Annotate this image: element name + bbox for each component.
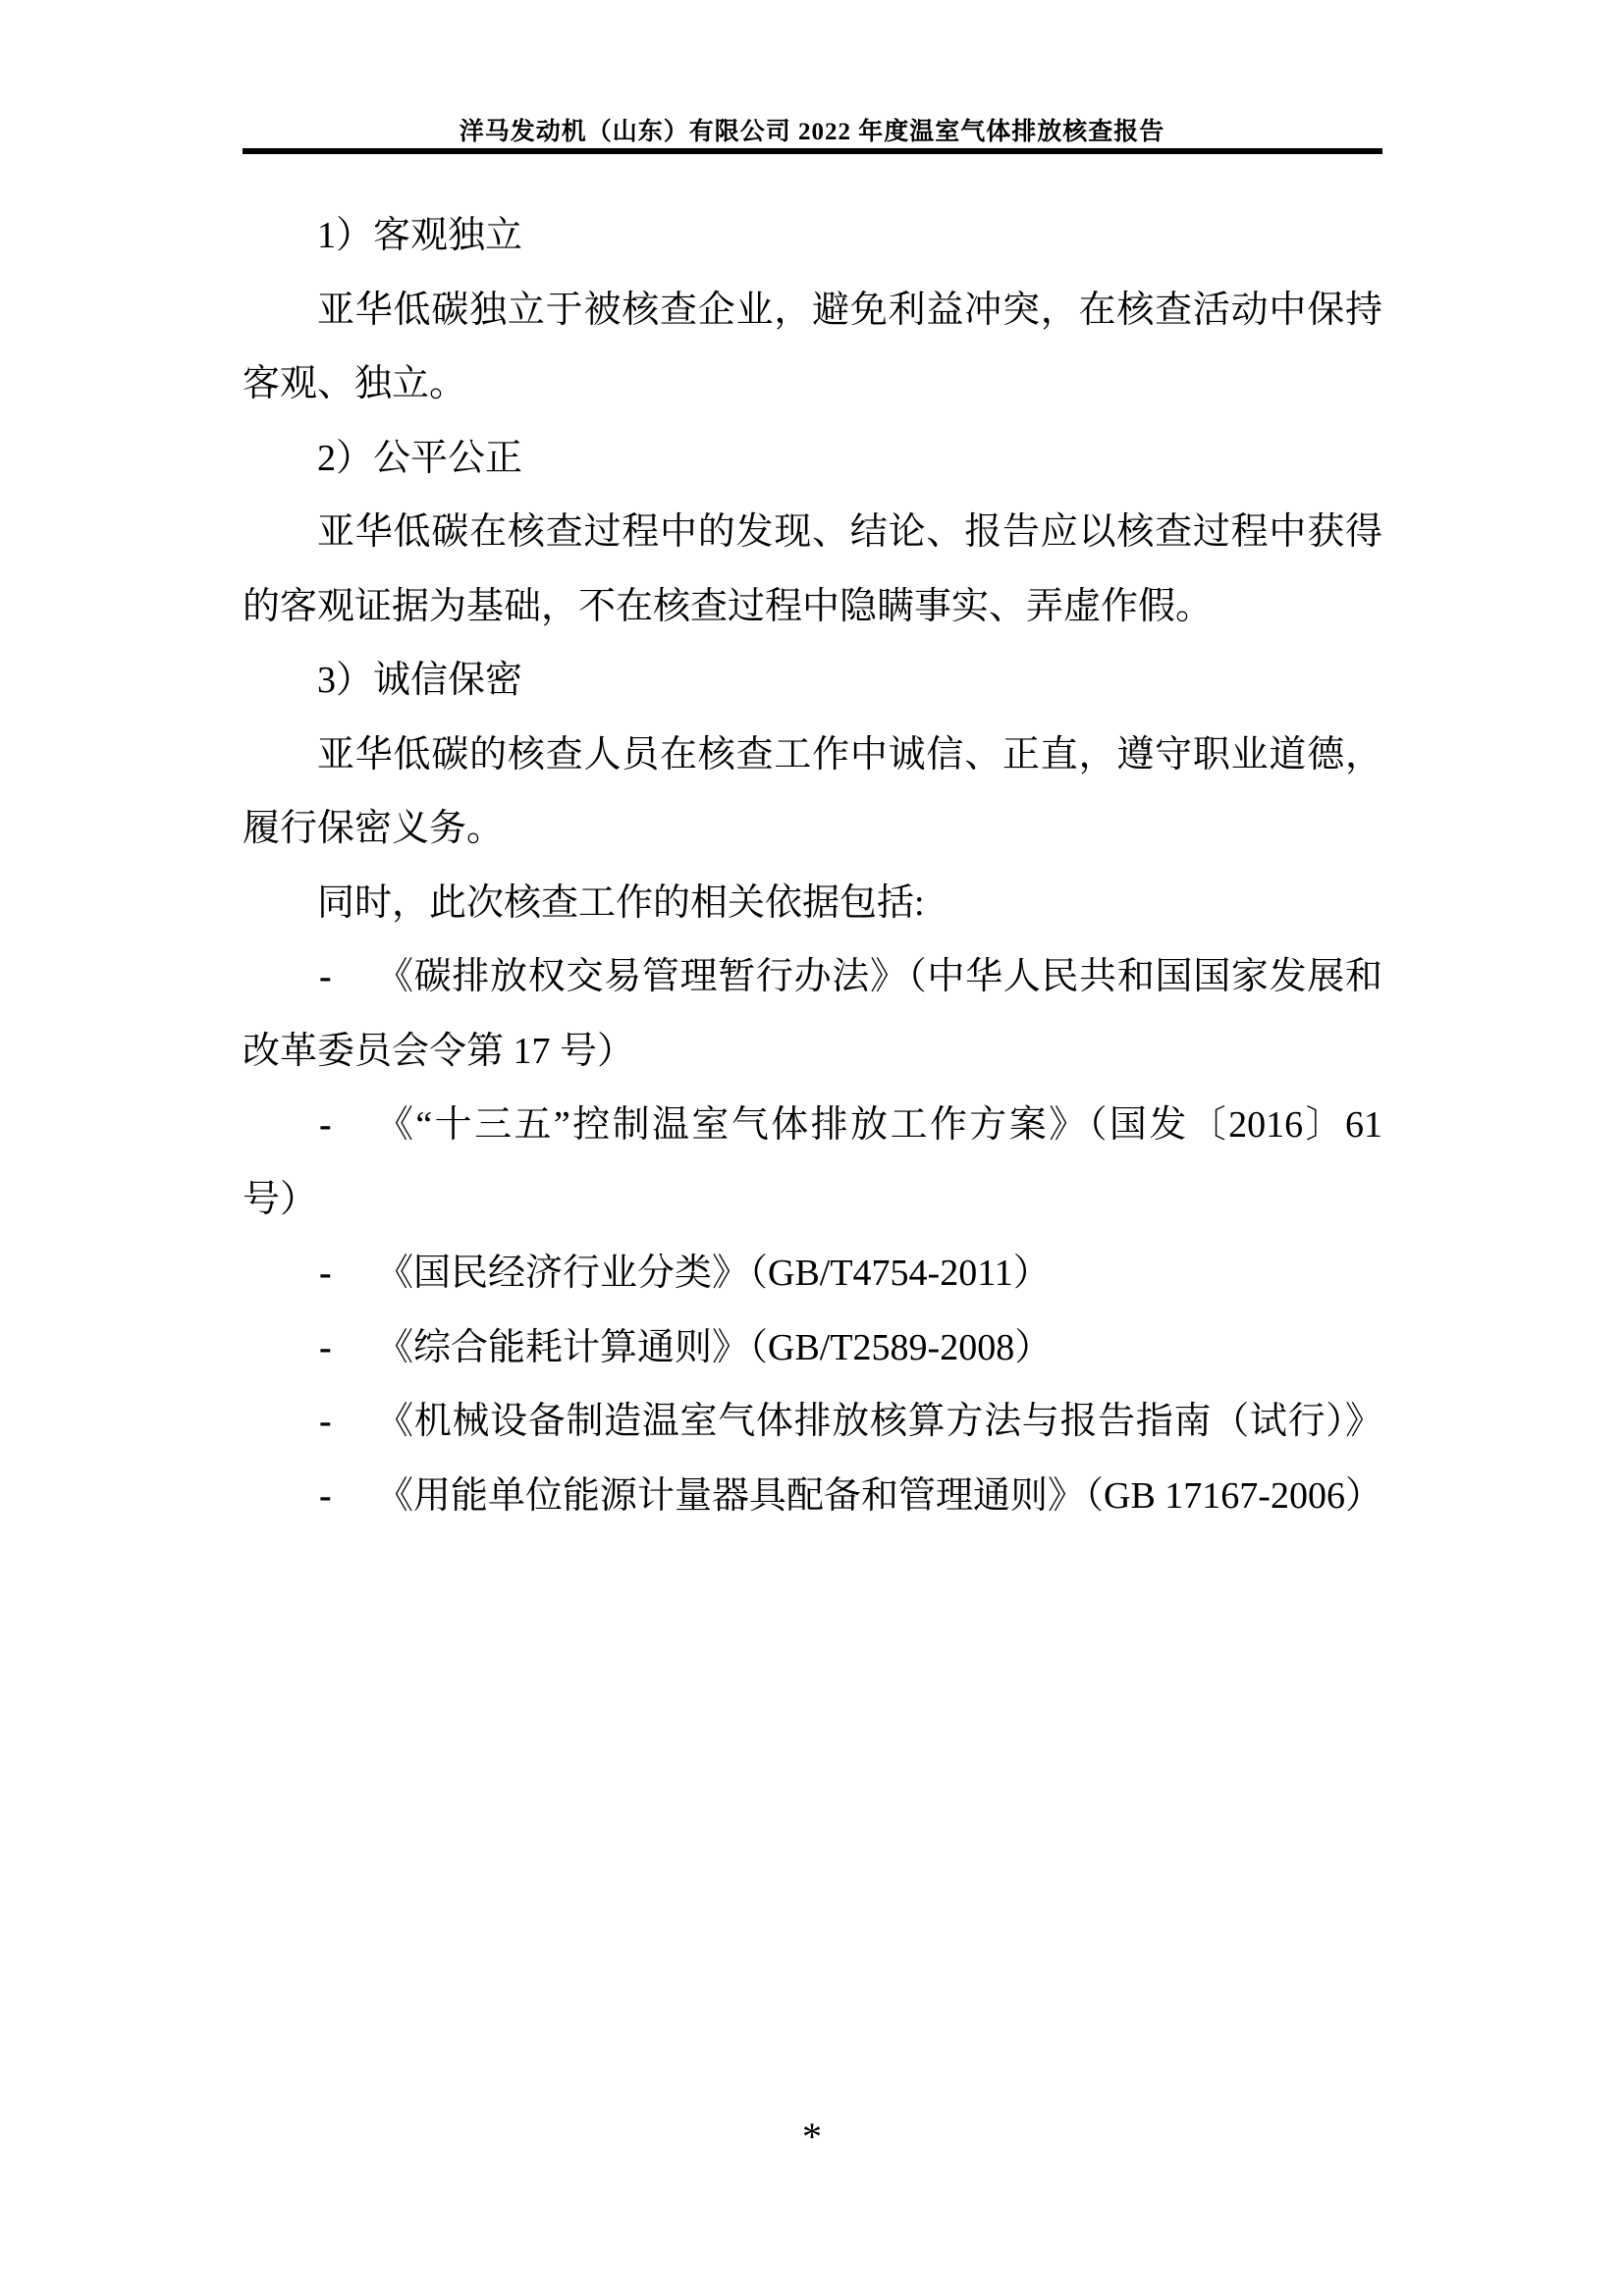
footnote-asterisk: *: [0, 2117, 1624, 2157]
list-item: - 《“十三五”控制温室气体排放工作方案》（国发〔2016〕61: [243, 1089, 1382, 1163]
list-item: - 《用能单位能源计量器具配备和管理通则》（GB 17167-2006）: [243, 1460, 1382, 1534]
list-item: - 《国民经济行业分类》（GB/T4754-2011）: [243, 1237, 1382, 1311]
bullet-dash-icon: -: [319, 1460, 376, 1534]
paragraph-line: 号）: [243, 1163, 1382, 1238]
list-item: - 《综合能耗计算通则》（GB/T2589-2008）: [243, 1311, 1382, 1386]
paragraph-line: 改革委员会令第 17 号）: [243, 1015, 1382, 1090]
list-item-text: 《碳排放权交易管理暂行办法》（中华人民共和国国家发展和: [376, 940, 1382, 1015]
section-heading: 1）客观独立: [243, 199, 1382, 274]
list-item-text: 《“十三五”控制温室气体排放工作方案》（国发〔2016〕61: [376, 1089, 1382, 1163]
list-item-text: 《机械设备制造温室气体排放核算方法与报告指南（试行）》: [376, 1385, 1382, 1460]
bullet-dash-icon: -: [319, 1385, 376, 1460]
document-body: 1）客观独立 亚华低碳独立于被核查企业，避免利益冲突，在核查活动中保持 客观、独…: [243, 199, 1382, 1533]
paragraph-line: 的客观证据为基础，不在核查过程中隐瞒事实、弄虚作假。: [243, 570, 1382, 645]
paragraph-line: 客观、独立。: [243, 347, 1382, 422]
bullet-dash-icon: -: [319, 940, 376, 1015]
bullet-dash-icon: -: [319, 1237, 376, 1311]
section-heading: 2）公平公正: [243, 422, 1382, 497]
bullet-dash-icon: -: [319, 1311, 376, 1386]
paragraph-line: 亚华低碳的核查人员在核查工作中诚信、正直，遵守职业道德，: [243, 719, 1382, 793]
list-item-text: 《综合能耗计算通则》（GB/T2589-2008）: [376, 1311, 1382, 1386]
paragraph-line: 履行保密义务。: [243, 792, 1382, 867]
header-rule: [243, 148, 1382, 154]
list-item: - 《机械设备制造温室气体排放核算方法与报告指南（试行）》: [243, 1385, 1382, 1460]
paragraph-line: 亚华低碳在核查过程中的发现、结论、报告应以核查过程中获得: [243, 496, 1382, 570]
paragraph-line: 亚华低碳独立于被核查企业，避免利益冲突，在核查活动中保持: [243, 274, 1382, 348]
bullet-dash-icon: -: [319, 1089, 376, 1163]
page-header-title: 洋马发动机（山东）有限公司 2022 年度温室气体排放核查报告: [0, 112, 1624, 147]
list-item-text: 《用能单位能源计量器具配备和管理通则》（GB 17167-2006）: [376, 1460, 1382, 1534]
list-item: - 《碳排放权交易管理暂行办法》（中华人民共和国国家发展和: [243, 940, 1382, 1015]
list-item-text: 《国民经济行业分类》（GB/T4754-2011）: [376, 1237, 1382, 1311]
document-page: 洋马发动机（山东）有限公司 2022 年度温室气体排放核查报告 1）客观独立 亚…: [0, 0, 1624, 2296]
paragraph-line: 同时，此次核查工作的相关依据包括:: [243, 867, 1382, 941]
section-heading: 3）诚信保密: [243, 644, 1382, 719]
